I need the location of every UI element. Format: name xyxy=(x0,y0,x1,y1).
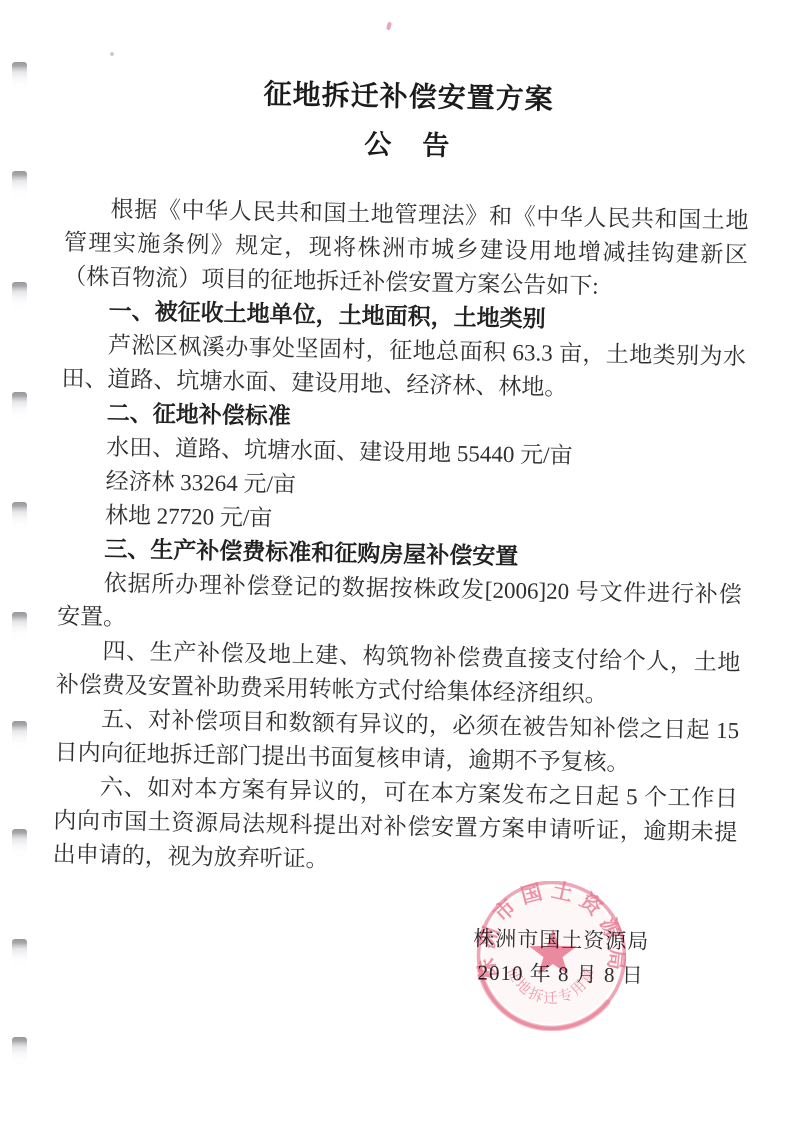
notice-content: 征地拆迁补偿安置方案 公 告 根据《中华人民共和国土地管理法》和《中华人民共和国… xyxy=(0,0,800,1139)
official-seal-stamp: 株洲市国土资源局 征地拆迁专用章 xyxy=(476,881,626,1031)
paragraph-section-4: 四、生产补偿及地上建、构筑物补偿费直接支付给个人，土地补偿费及安置补助费采用转帐… xyxy=(56,634,741,715)
paragraph-registration: 依据所办理补偿登记的数据按株政发[2006]20 号文件进行补偿安置。 xyxy=(57,566,742,647)
document-subtitle: 公 告 xyxy=(66,122,751,169)
document-title: 征地拆迁补偿安置方案 xyxy=(66,74,751,123)
paragraph-intro: 根据《中华人民共和国土地管理法》和《中华人民共和国土地管理实施条例》规定，现将株… xyxy=(63,192,749,307)
scanned-document-page: 征地拆迁补偿安置方案 公 告 根据《中华人民共和国土地管理法》和《中华人民共和国… xyxy=(0,0,800,1139)
paragraph-land-info: 芦淞区枫溪办事处坚固村，征地总面积 63.3 亩，土地类别为水田、道路、坑塘水面… xyxy=(61,328,746,409)
paragraph-section-5: 五、对补偿项目和数额有异议的，必须在被告知补偿之日起 15 日内向征地拆迁部门提… xyxy=(54,702,739,783)
paragraph-section-6: 六、如对本方案有异议的，可在本方案发布之日起 5 个工作日内向市国土资源局法规科… xyxy=(52,770,738,885)
signature-block: 株洲市国土资源局 2010 年 8 月 8 日 xyxy=(50,914,735,995)
